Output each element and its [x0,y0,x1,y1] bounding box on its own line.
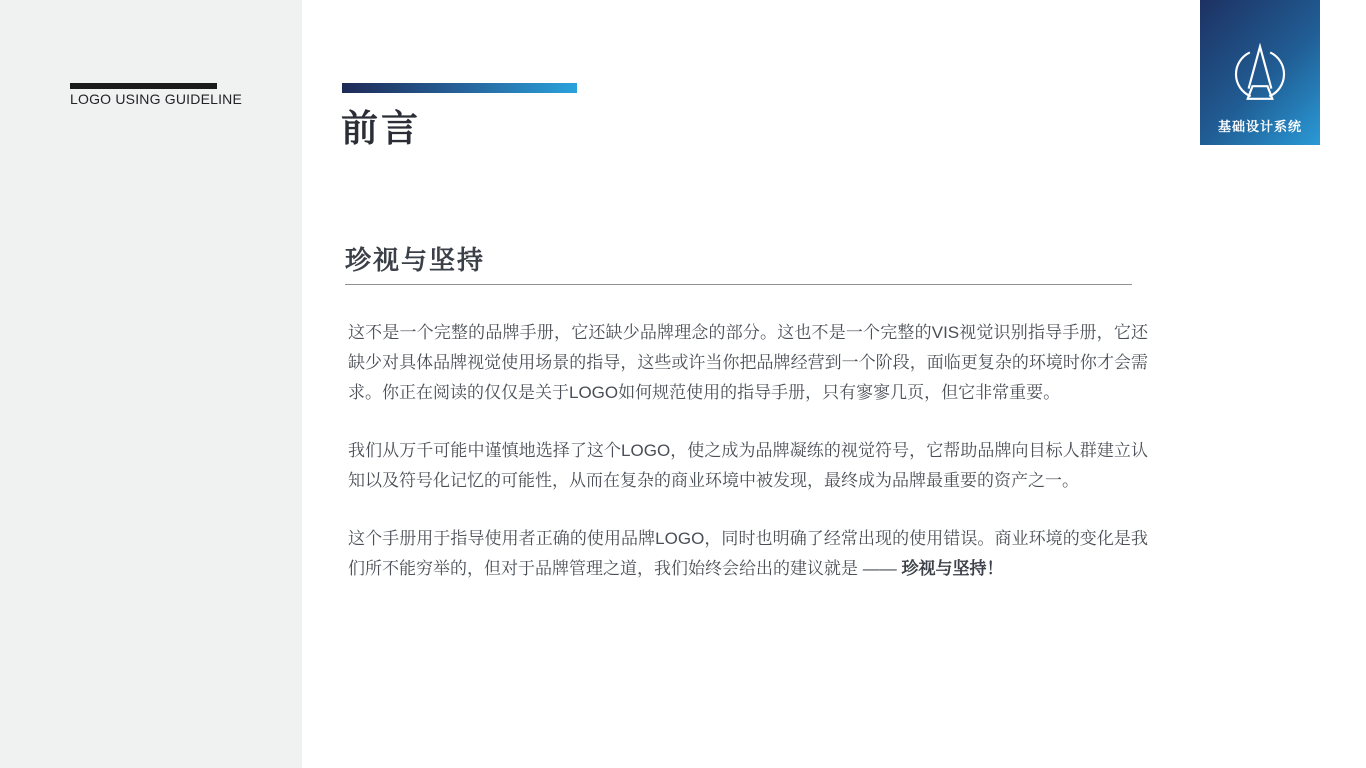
paragraph: 这不是一个完整的品牌手册，它还缺少品牌理念的部分。这也不是一个完整的VIS视觉识… [348,318,1148,408]
body-copy: 这不是一个完整的品牌手册，它还缺少品牌理念的部分。这也不是一个完整的VIS视觉识… [348,318,1148,584]
closing-lead: 这个手册用于指导使用者正确的使用品牌LOGO，同时也明确了经常出现的使用错误。商… [348,529,1148,578]
brand-badge: 基础设计系统 [1200,0,1320,145]
chapter-title: 前言 [341,98,421,152]
paragraph-closing: 这个手册用于指导使用者正确的使用品牌LOGO，同时也明确了经常出现的使用错误。商… [348,524,1148,584]
sidebar: LOGO USING GUIDELINE [0,0,302,768]
brand-a-mark-icon [1230,43,1290,109]
guideline-title: LOGO USING GUIDELINE [70,91,270,107]
sidebar-rule [70,83,217,89]
chapter-accent-bar [342,83,577,93]
section-divider [345,284,1132,285]
closing-emphasis: 珍视与坚持！ [901,559,1003,578]
guideline-slide: LOGO USING GUIDELINE 前言 基础设计系统 珍视与坚持 这不是… [0,0,1366,768]
section-title: 珍视与坚持 [345,240,485,277]
paragraph: 我们从万千可能中谨慎地选择了这个LOGO，使之成为品牌凝练的视觉符号，它帮助品牌… [348,436,1148,496]
badge-label: 基础设计系统 [1218,116,1302,135]
